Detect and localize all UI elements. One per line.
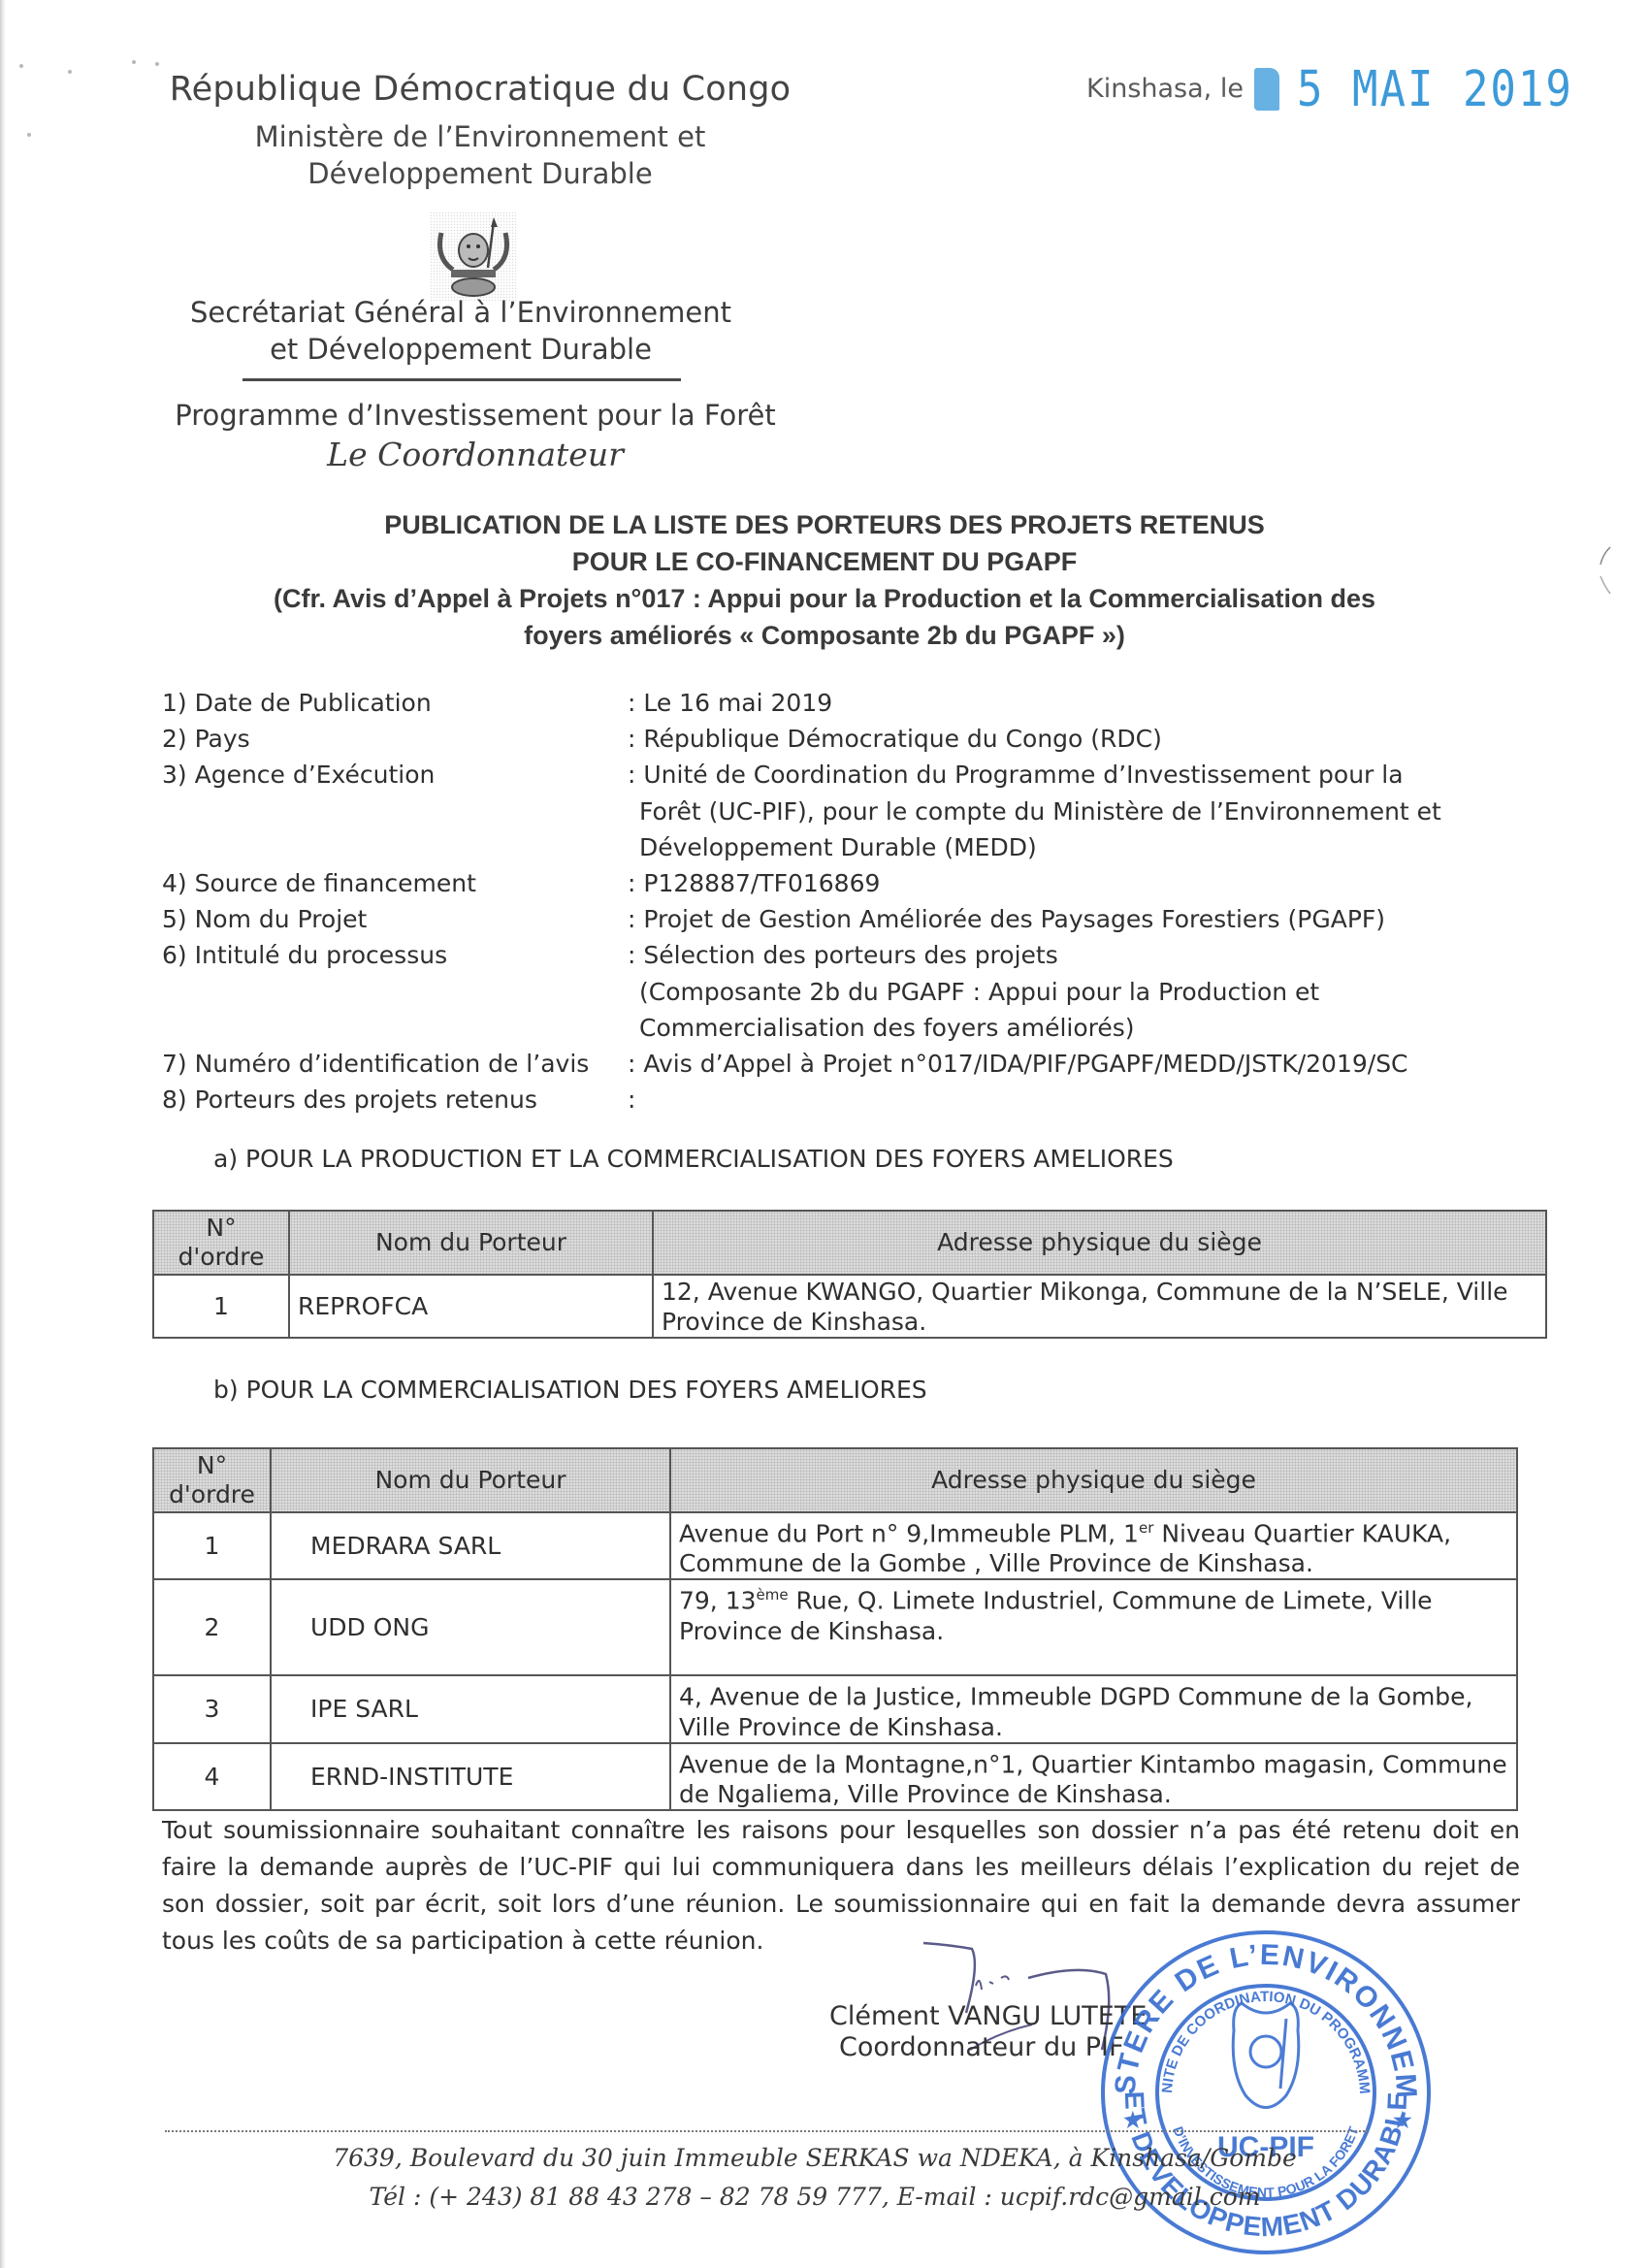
coat-of-arms-icon [430, 211, 517, 301]
info-value: : République Démocratique du Congo (RDC) [628, 721, 1539, 757]
info-list: 1) Date de Publication: Le 16 mai 20192)… [162, 685, 1539, 1118]
address-superscript: ème [757, 1586, 789, 1604]
address-line-1: 79, 13ème Rue, Q. Limete Industriel, Com… [679, 1580, 1508, 1615]
info-value-line: : Sélection des porteurs des projets [628, 937, 1539, 973]
info-label: 1) Date de Publication [162, 685, 628, 721]
info-label: 2) Pays [162, 721, 628, 757]
row-address: Avenue du Port n° 9,Immeuble PLM, 1er Ni… [670, 1512, 1517, 1579]
table-header-row: N° d'ordre Nom du Porteur Adresse physiq… [153, 1211, 1546, 1275]
address-line-2: Province de Kinshasa. [679, 1616, 1508, 1646]
info-label: 3) Agence d’Exécution [162, 757, 628, 865]
info-value-line: : Le 16 mai 2019 [628, 685, 1539, 721]
info-value-line: Commercialisation des foyers améliorés) [628, 1010, 1539, 1046]
programme-name: Programme d’Investissement pour la Forêt [155, 399, 795, 432]
info-label: 5) Nom du Projet [162, 901, 628, 937]
svg-text:★: ★ [1123, 2108, 1143, 2132]
info-value: : Avis d’Appel à Projet n°017/IDA/PIF/PG… [628, 1046, 1539, 1082]
table-header-row: N° d'ordre Nom du Porteur Adresse physiq… [153, 1448, 1517, 1512]
footer-phone-email: Tél : (+ 243) 81 88 43 278 – 82 78 59 77… [165, 2178, 1465, 2217]
info-label: 6) Intitulé du processus [162, 937, 628, 1046]
document-title: PUBLICATION DE LA LISTE DES PORTEURS DES… [155, 506, 1494, 654]
address-text: 79, 13 [679, 1587, 757, 1615]
ministry-name: Ministère de l’Environnement et Développ… [155, 118, 805, 192]
info-value: : Sélection des porteurs des projets(Com… [628, 937, 1539, 1046]
row-number: 1 [153, 1512, 271, 1579]
header-n-line: N° [162, 1214, 280, 1243]
office-title: Le Coordonnateur [155, 436, 795, 473]
address-line-2: Ville Province de Kinshasa. [679, 1712, 1508, 1742]
column-header-address: Adresse physique du siège [653, 1211, 1546, 1275]
info-row: 2) Pays: République Démocratique du Cong… [162, 721, 1539, 757]
address-line-2: de Ngaliema, Ville Province de Kinshasa. [679, 1779, 1508, 1809]
stamped-date: 5 MAI 2019 [1297, 61, 1573, 118]
scan-speck [155, 62, 159, 66]
footer-address: 7639, Boulevard du 30 juin Immeuble SERK… [165, 2139, 1465, 2178]
address-line-1: 4, Avenue de la Justice, Immeuble DGPD C… [679, 1676, 1508, 1711]
address-line-2: Commune de la Gombe , Ville Province de … [679, 1548, 1508, 1578]
address-text: Avenue du Port n° 9,Immeuble PLM, 1 [679, 1519, 1139, 1547]
table-section-a: N° d'ordre Nom du Porteur Adresse physiq… [152, 1210, 1547, 1339]
column-header-address: Adresse physique du siège [670, 1448, 1517, 1512]
info-row: 5) Nom du Projet: Projet de Gestion Amél… [162, 901, 1539, 937]
address-text: Avenue de la Montagne,n°1, Quartier Kint… [679, 1750, 1507, 1778]
table-row: 1 REPROFCA 12, Avenue KWANGO, Quartier M… [153, 1275, 1546, 1338]
column-header-number: N° d'ordre [153, 1448, 271, 1512]
section-a-title: a) POUR LA PRODUCTION ET LA COMMERCIALIS… [213, 1145, 1174, 1173]
footer-contact: 7639, Boulevard du 30 juin Immeuble SERK… [165, 2139, 1465, 2217]
row-address: 12, Avenue KWANGO, Quartier Mikonga, Com… [653, 1275, 1546, 1338]
row-name: UDD ONG [271, 1579, 670, 1675]
info-row: 4) Source de financement: P128887/TF0168… [162, 865, 1539, 901]
info-value-line: : Unité de Coordination du Programme d’I… [628, 757, 1539, 793]
info-value-line: Forêt (UC-PIF), pour le compte du Minist… [628, 794, 1539, 829]
row-number: 3 [153, 1675, 271, 1742]
info-value-line: : [628, 1082, 1539, 1118]
info-value: : Unité de Coordination du Programme d’I… [628, 757, 1539, 865]
column-header-number: N° d'ordre [153, 1211, 289, 1275]
title-line-3: (Cfr. Avis d’Appel à Projets n°017 : App… [155, 580, 1494, 617]
address-superscript: er [1139, 1519, 1153, 1537]
date-stamp: 5 MAI 2019 [1254, 60, 1573, 118]
scan-edge [0, 0, 6, 2268]
info-row: 8) Porteurs des projets retenus: [162, 1082, 1539, 1118]
row-address: Avenue de la Montagne,n°1, Quartier Kint… [670, 1743, 1517, 1810]
info-value: : P128887/TF016869 [628, 865, 1539, 901]
row-name: MEDRARA SARL [271, 1512, 670, 1579]
info-value: : [628, 1082, 1539, 1118]
row-name: IPE SARL [271, 1675, 670, 1742]
ministry-line-2: Développement Durable [155, 155, 805, 192]
row-number: 2 [153, 1579, 271, 1675]
title-line-4: foyers améliorés « Composante 2b du PGAP… [155, 617, 1494, 654]
info-row: 3) Agence d’Exécution: Unité de Coordina… [162, 757, 1539, 865]
row-address: 79, 13ème Rue, Q. Limete Industriel, Com… [670, 1579, 1517, 1675]
secretariat-line-2: et Développement Durable [155, 331, 766, 368]
address-line-2: Province de Kinshasa. [662, 1307, 1537, 1337]
address-line-1: 12, Avenue KWANGO, Quartier Mikonga, Com… [662, 1277, 1537, 1307]
info-label: 8) Porteurs des projets retenus [162, 1082, 628, 1118]
info-row: 7) Numéro d’identification de l’avis: Av… [162, 1046, 1539, 1082]
secretariat-line-1: Secrétariat Général à l’Environnement [155, 294, 766, 331]
scan-speck [27, 133, 31, 137]
ministry-line-1: Ministère de l’Environnement et [155, 118, 805, 155]
table-section-b: N° d'ordre Nom du Porteur Adresse physiq… [152, 1447, 1518, 1811]
address-line-1: Avenue de la Montagne,n°1, Quartier Kint… [679, 1744, 1508, 1779]
address-text: 4, Avenue de la Justice, Immeuble DGPD C… [679, 1683, 1473, 1711]
row-number: 4 [153, 1743, 271, 1810]
info-value-line: (Composante 2b du PGAPF : Appui pour la … [628, 974, 1539, 1010]
scan-speck [68, 70, 72, 74]
address-line-1: Avenue du Port n° 9,Immeuble PLM, 1er Ni… [679, 1513, 1508, 1548]
address-text: Rue, Q. Limete Industriel, Commune de Li… [789, 1587, 1433, 1615]
row-name: ERND-INSTITUTE [271, 1743, 670, 1810]
info-row: 1) Date de Publication: Le 16 mai 2019 [162, 685, 1539, 721]
table-row: 1MEDRARA SARLAvenue du Port n° 9,Immeubl… [153, 1512, 1517, 1579]
header-n-line: N° [162, 1451, 262, 1480]
info-label: 4) Source de financement [162, 865, 628, 901]
section-b-title: b) POUR LA COMMERCIALISATION DES FOYERS … [213, 1376, 927, 1404]
row-number: 1 [153, 1275, 289, 1338]
footer-divider [165, 2130, 1368, 2132]
ink-blot-icon [1254, 68, 1279, 111]
table-row: 4ERND-INSTITUTEAvenue de la Montagne,n°1… [153, 1743, 1517, 1810]
column-header-name: Nom du Porteur [289, 1211, 653, 1275]
row-name: REPROFCA [289, 1275, 653, 1338]
info-value-line: Développement Durable (MEDD) [628, 829, 1539, 865]
scan-speck [132, 60, 136, 64]
address-text: Niveau Quartier KAUKA, [1153, 1519, 1451, 1547]
info-value-line: : Avis d’Appel à Projet n°017/IDA/PIF/PG… [628, 1046, 1539, 1082]
table-row: 2UDD ONG79, 13ème Rue, Q. Limete Industr… [153, 1579, 1517, 1675]
info-row: 6) Intitulé du processus: Sélection des … [162, 937, 1539, 1046]
info-value-line: : P128887/TF016869 [628, 865, 1539, 901]
svg-text:★: ★ [1393, 2108, 1412, 2132]
scan-speck [19, 64, 23, 68]
info-value: : Le 16 mai 2019 [628, 685, 1539, 721]
header-ordre-line: d'ordre [162, 1480, 262, 1509]
info-label: 7) Numéro d’identification de l’avis [162, 1046, 628, 1082]
table-row: 3IPE SARL4, Avenue de la Justice, Immeub… [153, 1675, 1517, 1742]
margin-bracket-mark [1599, 543, 1612, 601]
country-name: République Démocratique du Congo [155, 70, 805, 109]
column-header-name: Nom du Porteur [271, 1448, 670, 1512]
info-value: : Projet de Gestion Améliorée des Paysag… [628, 901, 1539, 937]
secretariat-name: Secrétariat Général à l’Environnement et… [155, 294, 766, 368]
header-ordre-line: d'ordre [162, 1243, 280, 1272]
info-value-line: : Projet de Gestion Améliorée des Paysag… [628, 901, 1539, 937]
row-address: 4, Avenue de la Justice, Immeuble DGPD C… [670, 1675, 1517, 1742]
city-prefix: Kinshasa, le [1086, 74, 1244, 104]
header-divider [242, 378, 681, 381]
info-value-line: : République Démocratique du Congo (RDC) [628, 721, 1539, 757]
title-line-2: POUR LE CO-FINANCEMENT DU PGAPF [155, 543, 1494, 580]
title-line-1: PUBLICATION DE LA LISTE DES PORTEURS DES… [155, 506, 1494, 543]
